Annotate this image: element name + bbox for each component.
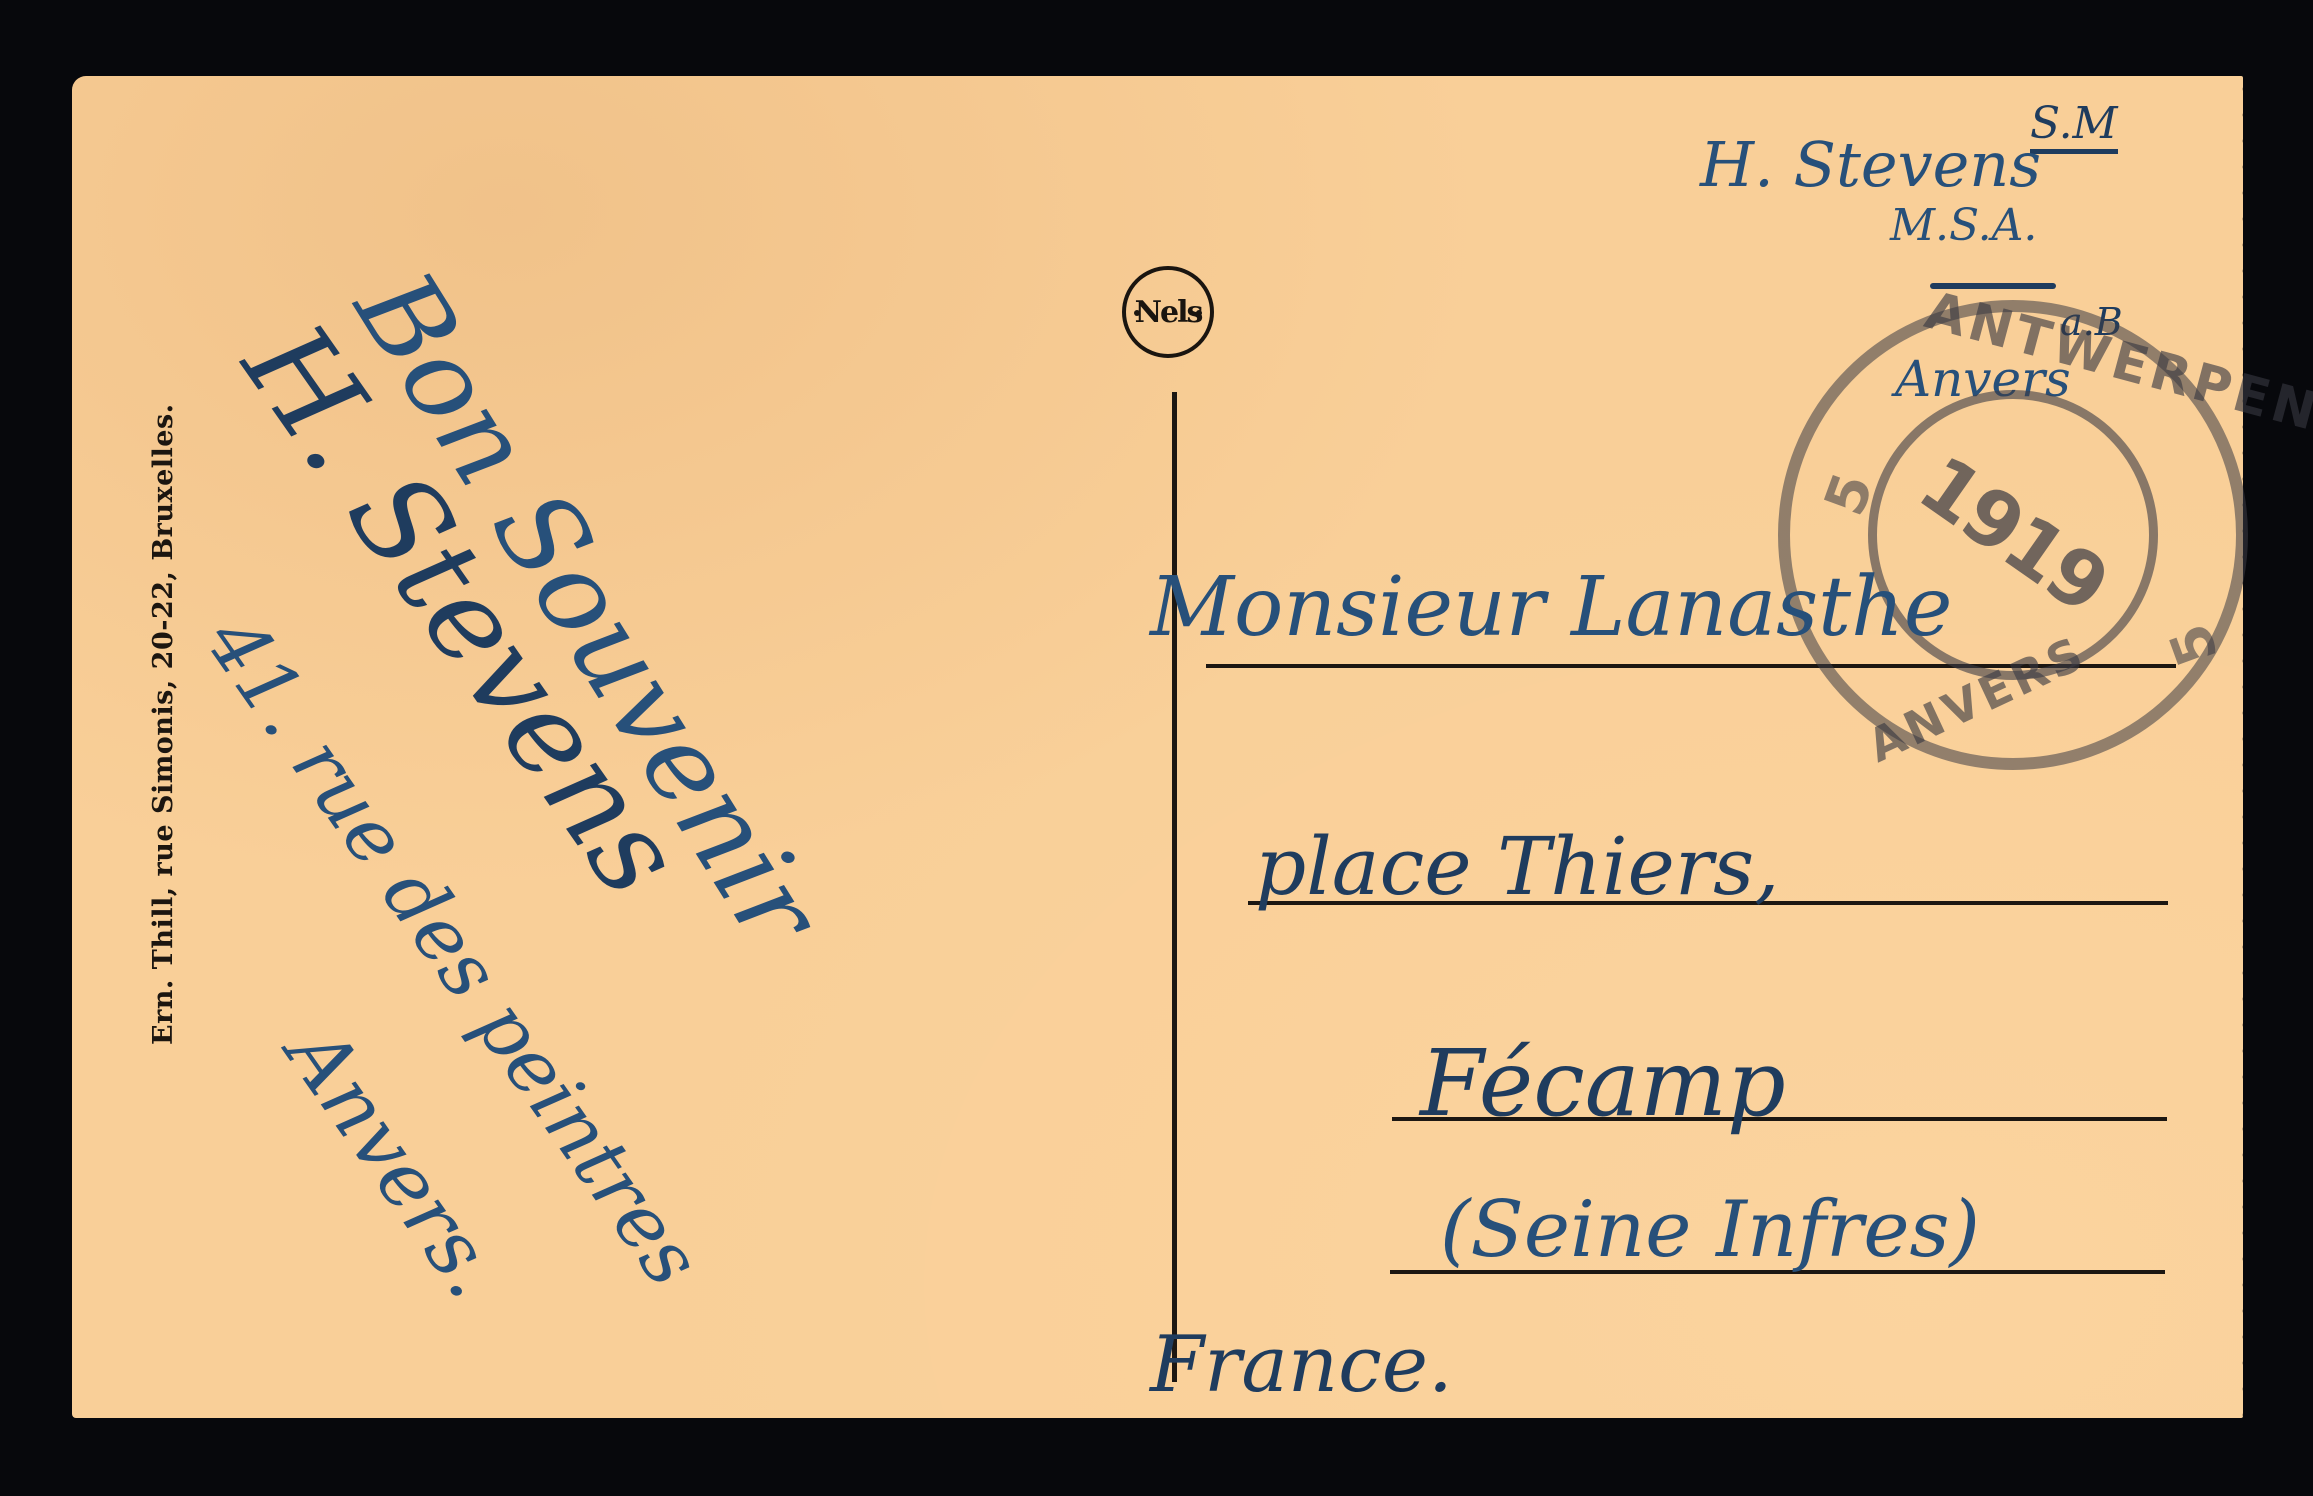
postmark-stamp: ANTWERPEN ANVERS 5 5 1919 (1778, 300, 2248, 770)
publisher-logo-icon: Nels (1122, 266, 1214, 358)
sender-name: H. Stevens (1700, 128, 2041, 201)
logo-dot-left (1134, 310, 1140, 316)
recipient-street: place Thiers, (1255, 820, 1780, 913)
perforated-edge (2235, 76, 2249, 1418)
logo-monogram: Nels (1135, 295, 1202, 330)
publisher-imprint: Ern. Thill, rue Simonis, 20-22, Bruxelle… (148, 403, 179, 1045)
logo-dot-right (1196, 310, 1202, 316)
recipient-city: Fécamp (1420, 1030, 1786, 1137)
sender-rank: S.M (2030, 98, 2118, 154)
recipient-country: France. (1150, 1320, 1453, 1410)
sender-unit: M.S.A. (1890, 200, 2037, 251)
recipient-name: Monsieur Lanasthe (1150, 560, 1952, 655)
recipient-region: (Seine Infres) (1440, 1185, 1980, 1275)
center-divider-line (1172, 392, 1177, 1382)
